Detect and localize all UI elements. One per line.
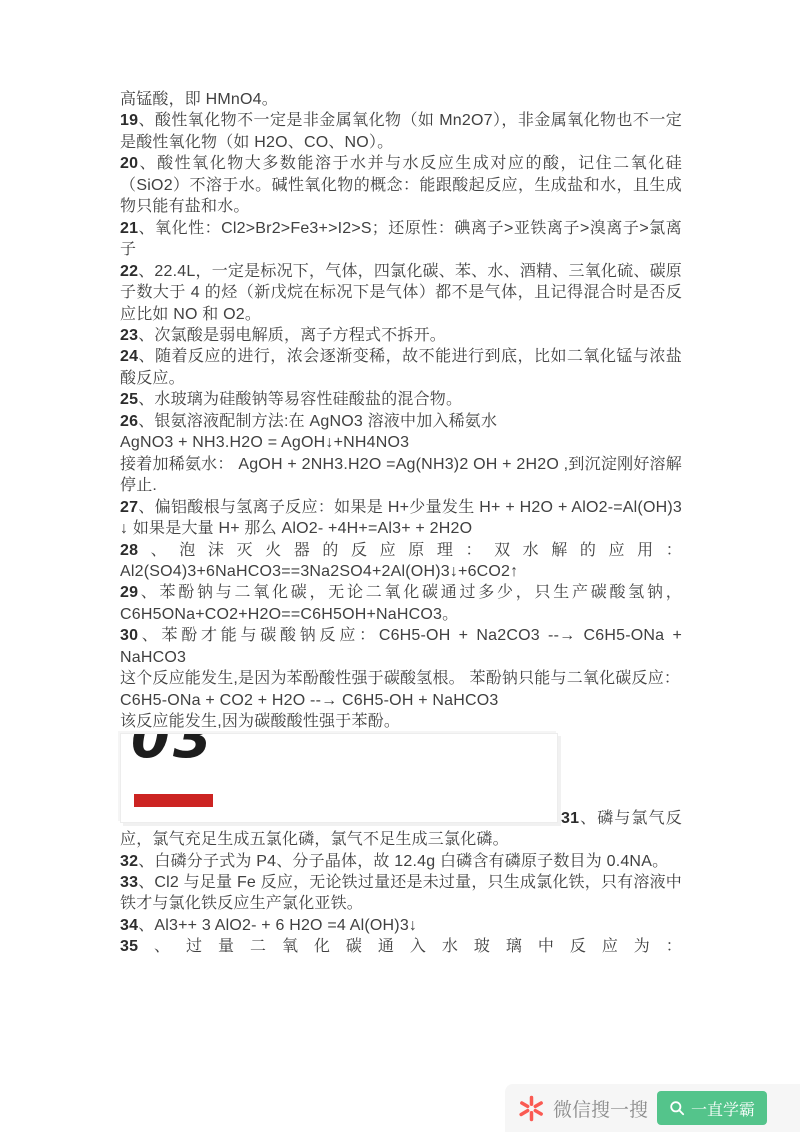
paragraph-text: 、水玻璃为硅酸钠等易容性硅酸盐的混合物。 [138, 391, 462, 408]
paragraph: 19、酸性氧化物不一定是非金属氧化物（如 Mn2O7），非金属氧化物也不一定是酸… [120, 110, 682, 153]
paragraph: 25、水玻璃为硅酸钠等易容性硅酸盐的混合物。 [120, 389, 682, 410]
paragraph-list-before: 高锰酸，即 HMnO4。19、酸性氧化物不一定是非金属氧化物（如 Mn2O7），… [120, 89, 682, 733]
paragraph: 35、过量二氧化碳通入水玻璃中反应为： [120, 936, 682, 957]
item-number: 32 [120, 853, 138, 870]
paragraph: 24、随着反应的进行，浓会逐渐变稀，故不能进行到底，比如二氧化锰与浓盐酸反应。 [120, 346, 682, 389]
wechat-search-label: 微信搜一搜 [553, 1095, 648, 1122]
item-number: 31 [561, 810, 579, 827]
item-number: 26 [120, 413, 138, 430]
magnifier-icon [669, 1100, 685, 1116]
paragraph-text: 、泡沫灭火器的反应原理：双水解的应用：Al2(SO4)3+6NaHCO3==3N… [120, 542, 682, 580]
paragraph-text: 、22.4L，一定是标况下，气体，四氯化碳、苯、水、酒精、三氧化硫、碳原子数大于… [120, 263, 682, 323]
paragraph-text: 、氧化性：Cl2>Br2>Fe3+>I2>S；还原性：碘离子>亚铁离子>溴离子>… [120, 220, 682, 258]
item-number: 20 [120, 155, 138, 172]
search-account-name: 一直学霸 [691, 1097, 755, 1120]
section-underline [134, 794, 213, 807]
paragraph: AgNO3 + NH3.H2O = AgOH↓+NH4NO3 [120, 432, 682, 453]
paragraph: 22、22.4L，一定是标况下，气体，四氯化碳、苯、水、酒精、三氧化硫、碳原子数… [120, 261, 682, 325]
paragraph-text: 接着加稀氨水： AgOH + 2NH3.H2O =Ag(NH3)2 OH + 2… [120, 456, 682, 494]
paragraph-text: AgNO3 + NH3.H2O = AgOH↓+NH4NO3 [120, 434, 409, 451]
item-number: 24 [120, 348, 138, 365]
paragraph: 33、Cl2 与足量 Fe 反应，无论铁过量还是未过量，只生成氯化铁，只有溶液中… [120, 872, 682, 915]
item-number: 21 [120, 220, 138, 237]
item-number: 25 [120, 391, 138, 408]
paragraph-text: 高锰酸，即 HMnO4。 [120, 91, 278, 108]
paragraph-text: 、酸性氧化物大多数能溶于水并与水反应生成对应的酸，记住二氧化硅（SiO2）不溶于… [120, 155, 682, 215]
paragraph: 20、酸性氧化物大多数能溶于水并与水反应生成对应的酸，记住二氧化硅（SiO2）不… [120, 153, 682, 217]
paragraph: 34、Al3++ 3 AlO2- + 6 H2O =4 Al(OH)3↓ [120, 915, 682, 936]
paragraph-text: 、Cl2 与足量 Fe 反应，无论铁过量还是未过量，只生成氯化铁，只有溶液中铁才… [120, 874, 682, 912]
paragraph: 21、氧化性：Cl2>Br2>Fe3+>I2>S；还原性：碘离子>亚铁离子>溴离… [120, 218, 682, 261]
paragraph-31-with-badge: 0331、磷与氯气反应，氯气充足生成五氯化磷，氯气不足生成三氯化磷。 [120, 733, 682, 851]
paragraph: 28、泡沫灭火器的反应原理：双水解的应用：Al2(SO4)3+6NaHCO3==… [120, 540, 682, 583]
paragraph: 26、银氨溶液配制方法:在 AgNO3 溶液中加入稀氨水 [120, 411, 682, 432]
item-number: 27 [120, 499, 138, 516]
paragraph-text: 、酸性氧化物不一定是非金属氧化物（如 Mn2O7），非金属氧化物也不一定是酸性氧… [120, 112, 682, 150]
paragraph-text: C6H5-ONa + CO2 + H2O --→ C6H5-OH + NaHCO… [120, 692, 499, 709]
paragraph-text: 、次氯酸是弱电解质，离子方程式不拆开。 [138, 327, 446, 344]
paragraph: 这个反应能发生,是因为苯酚酸性强于碳酸氢根。 苯酚钠只能与二氧化碳反应： [120, 668, 682, 689]
item-number: 33 [120, 874, 138, 891]
item-number: 22 [120, 263, 138, 280]
wechat-search-bar: 微信搜一搜 一直学霸 [505, 1084, 800, 1132]
paragraph-text: 、偏铝酸根与氢离子反应：如果是 H+少量发生 H+ + H2O + AlO2-=… [120, 499, 682, 537]
paragraph: 该反应能发生,因为碳酸酸性强于苯酚。 [120, 711, 682, 732]
document-page: 高锰酸，即 HMnO4。19、酸性氧化物不一定是非金属氧化物（如 Mn2O7），… [0, 0, 800, 1132]
paragraph: C6H5-ONa + CO2 + H2O --→ C6H5-OH + NaHCO… [120, 690, 682, 711]
paragraph-text: 、Al3++ 3 AlO2- + 6 H2O =4 Al(OH)3↓ [138, 917, 417, 934]
paragraph-text: 、随着反应的进行，浓会逐渐变稀，故不能进行到底，比如二氧化锰与浓盐酸反应。 [120, 348, 682, 386]
paragraph: 29、苯酚钠与二氧化碳，无论二氧化碳通过多少，只生产碳酸氢钠，C6H5ONa+C… [120, 582, 682, 625]
paragraph-text: 该反应能发生,因为碳酸酸性强于苯酚。 [120, 713, 400, 730]
item-number: 29 [120, 584, 138, 601]
paragraph: 32、白磷分子式为 P4、分子晶体，故 12.4g 白磷含有磷原子数目为 0.4… [120, 851, 682, 872]
paragraph: 30、苯酚才能与碳酸钠反应：C6H5-OH + Na2CO3 --→ C6H5-… [120, 625, 682, 668]
item-number: 30 [120, 627, 138, 644]
paragraph: 接着加稀氨水： AgOH + 2NH3.H2O =Ag(NH3)2 OH + 2… [120, 454, 682, 497]
paragraph: 27、偏铝酸根与氢离子反应：如果是 H+少量发生 H+ + H2O + AlO2… [120, 497, 682, 540]
paragraph-text: 、苯酚钠与二氧化碳，无论二氧化碳通过多少，只生产碳酸氢钠，C6H5ONa+CO2… [120, 584, 682, 622]
paragraph-text: 、过量二氧化碳通入水玻璃中反应为： [138, 938, 682, 955]
item-number: 35 [120, 938, 138, 955]
paragraph-text: 、银氨溶液配制方法:在 AgNO3 溶液中加入稀氨水 [138, 413, 497, 430]
item-number: 23 [120, 327, 138, 344]
paragraph-text: 、苯酚才能与碳酸钠反应：C6H5-OH + Na2CO3 --→ C6H5-ON… [120, 627, 682, 665]
item-number: 28 [120, 542, 138, 559]
section-number: 03 [131, 733, 215, 749]
notes-text-block: 高锰酸，即 HMnO4。19、酸性氧化物不一定是非金属氧化物（如 Mn2O7），… [120, 89, 682, 958]
section-03-badge: 03 [120, 733, 558, 823]
paragraph: 高锰酸，即 HMnO4。 [120, 89, 682, 110]
paragraph-text: 、白磷分子式为 P4、分子晶体，故 12.4g 白磷含有磷原子数目为 0.4NA… [138, 853, 668, 870]
paragraph-list-after: 32、白磷分子式为 P4、分子晶体，故 12.4g 白磷含有磷原子数目为 0.4… [120, 851, 682, 958]
paragraph-text: 这个反应能发生,是因为苯酚酸性强于碳酸氢根。 苯酚钠只能与二氧化碳反应： [120, 670, 680, 687]
item-number: 19 [120, 112, 138, 129]
paragraph: 23、次氯酸是弱电解质，离子方程式不拆开。 [120, 325, 682, 346]
item-number: 34 [120, 917, 138, 934]
wechat-sou-logo-icon [518, 1095, 545, 1122]
search-account-button[interactable]: 一直学霸 [657, 1091, 767, 1125]
